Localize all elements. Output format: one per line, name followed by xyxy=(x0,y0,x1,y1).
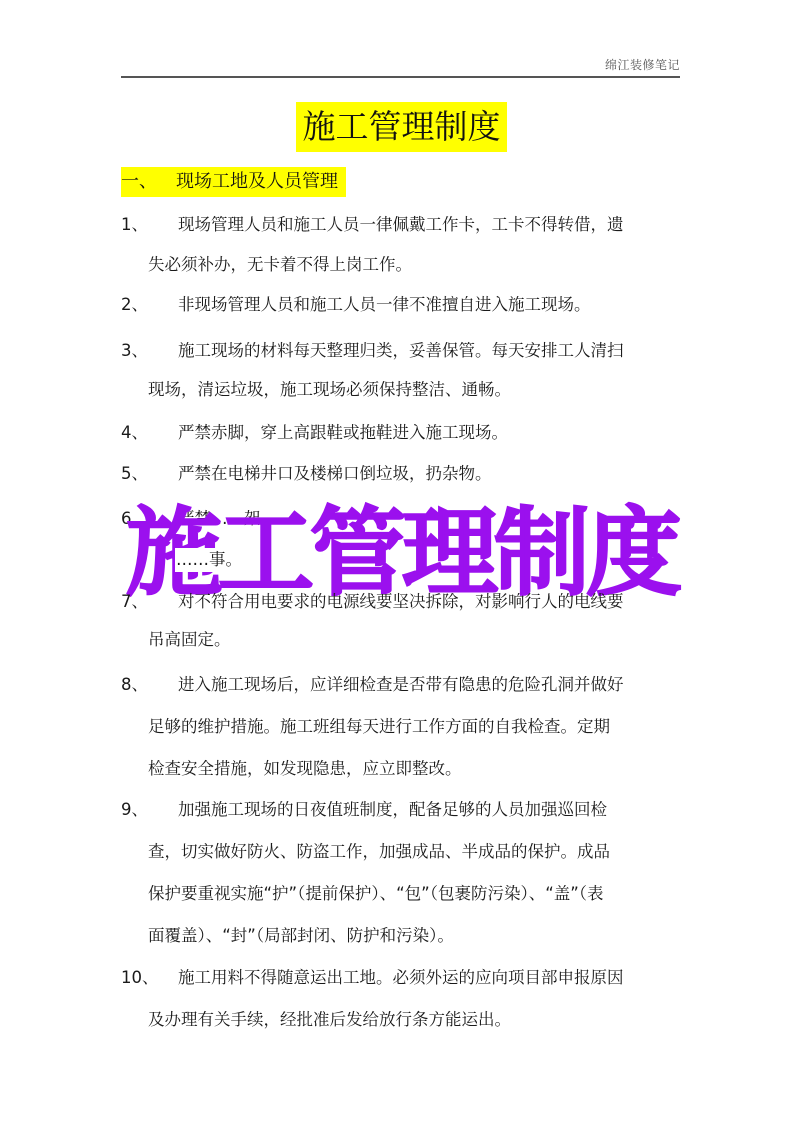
item-8-continuation-1: 足够的维护措施。施工班组每天进行工作方面的自我检查。定期 xyxy=(148,715,610,739)
item-number: 3、 xyxy=(121,339,148,363)
item-text: 对不符合用电要求的电源线要坚决拆除，对影响行人的电线要 xyxy=(178,590,624,614)
item-text: 非现场管理人员和施工人员一律不准擅自进入施工现场。 xyxy=(178,293,591,317)
item-9-continuation-3: 面覆盖）、“封”（局部封闭、防护和污染）。 xyxy=(148,924,454,948)
section-heading: 一、现场工地及人员管理 xyxy=(121,167,346,197)
item-8-continuation-2: 检查安全措施，如发现隐患，应立即整改。 xyxy=(148,757,462,781)
document-title: 施工管理制度 xyxy=(296,102,507,152)
item-number: 7、 xyxy=(121,590,148,614)
item-7-continuation: 吊高固定。 xyxy=(148,628,231,652)
item-text: 严禁赤脚，穿上高跟鞋或拖鞋进入施工现场。 xyxy=(178,421,508,445)
item-number: 2、 xyxy=(121,293,148,317)
item-3-continuation: 现场，清运垃圾，施工现场必须保持整洁、通畅。 xyxy=(148,378,511,402)
item-number: 1、 xyxy=(121,213,148,237)
header-brand-text: 绵江装修笔记 xyxy=(605,56,680,73)
item-number: 4、 xyxy=(121,421,148,445)
item-text: 严禁在电梯井口及楼梯口倒垃圾，扔杂物。 xyxy=(178,462,492,486)
item-number: 10、 xyxy=(121,966,159,990)
item-9-continuation-1: 查，切实做好防火、防盗工作，加强成品、半成品的保护。成品 xyxy=(148,840,610,864)
item-text: 现场管理人员和施工人员一律佩戴工作卡，工卡不得转借，遗 xyxy=(178,213,624,237)
item-9-continuation-2: 保护要重视实施“护”（提前保护）、“包”（包裹防污染）、“盖”（表 xyxy=(148,882,604,906)
item-text: 加强施工现场的日夜值班制度，配备足够的人员加强巡回检 xyxy=(178,798,607,822)
item-1-continuation: 失必须补办，无卡着不得上岗工作。 xyxy=(148,253,412,277)
item-text: 施工用料不得随意运出工地。必须外运的应向项目部申报原因 xyxy=(178,966,624,990)
section-number: 一、 xyxy=(121,167,176,197)
page-header: 绵江装修笔记 xyxy=(121,56,680,78)
section-title: 现场工地及人员管理 xyxy=(176,171,338,192)
item-text: 进入施工现场后，应详细检查是否带有隐患的危险孔洞并做好 xyxy=(178,673,624,697)
item-6-continuation: ……事。 xyxy=(175,548,243,572)
item-10-continuation: 及办理有关手续，经批准后发给放行条方能运出。 xyxy=(148,1008,511,1032)
item-number: 5、 xyxy=(121,462,148,486)
item-text: 施工现场的材料每天整理归类，妥善保管。每天安排工人清扫 xyxy=(178,339,624,363)
item-number: 9、 xyxy=(121,798,148,822)
item-number: 8、 xyxy=(121,673,148,697)
